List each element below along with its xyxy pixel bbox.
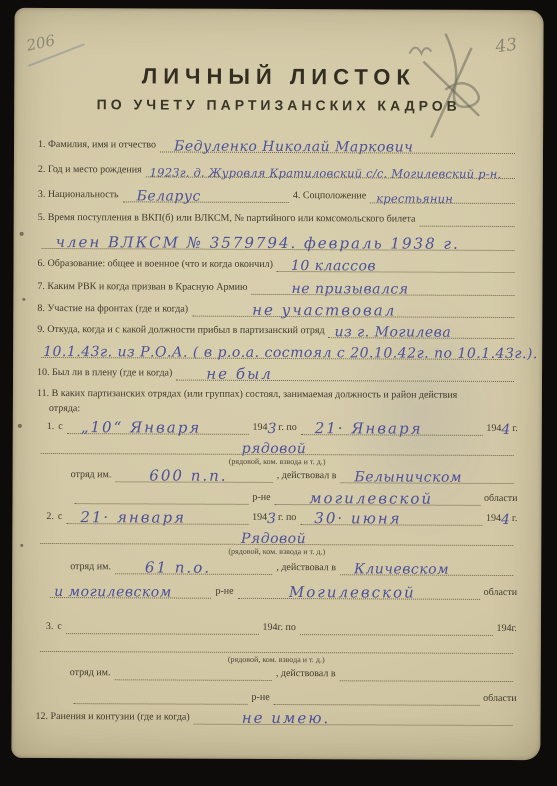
entry-line	[74, 688, 248, 705]
entry-label: г. по	[278, 511, 296, 525]
entry1-unit-row: отряд им. 600 п.п. , действовал в Белыни…	[71, 466, 518, 484]
field-line: 10 классов	[277, 256, 515, 273]
field-row-birth: 2. Год и место рождения 1923г. д. Журовл…	[38, 161, 519, 179]
field-row-arrival-value: 10.1.43г. из Р.О.А. ( в р.о.а. состоял с…	[37, 342, 518, 360]
handwritten-nationality: Беларус	[137, 188, 201, 204]
field-label: 10. Был ли в плену (где и когда)	[37, 366, 172, 381]
entry-line	[274, 689, 480, 706]
entry3-dates-row: 3. с 194 г. по 194 г.	[46, 616, 517, 636]
role-hint: (рядовой, ком. взвода и т. д.)	[12, 546, 541, 557]
entry-line: 21· января	[66, 508, 248, 525]
entry-label: области	[484, 586, 517, 600]
entry-line: рядовой	[41, 438, 514, 456]
handwritten-district-extra: и могилевском	[54, 584, 172, 601]
entry-line	[40, 636, 513, 654]
field-line: не участвовал	[192, 301, 514, 318]
field-label: 6. Образование: общее и военное (что и к…	[37, 257, 272, 272]
entry-label: г.	[511, 622, 517, 636]
entry-label: р-не	[252, 491, 270, 505]
handwritten-fronts: не участвовал	[252, 301, 396, 320]
entry-label: , действовал в	[277, 469, 337, 483]
field-line: член ВЛКСМ № 3579794. февраль 1938 г.	[42, 233, 515, 251]
entry-line: могилевской	[275, 489, 481, 506]
field-label: 3. Национальность	[38, 188, 119, 202]
form-title: ЛИЧНЫЙ ЛИСТОК	[14, 63, 543, 91]
field-row-party-value: член ВЛКСМ № 3579794. февраль 1938 г.	[38, 233, 519, 251]
entry-line: 30· июня	[300, 509, 482, 526]
field-line: не был	[176, 365, 514, 382]
handwritten-draft: не призывался	[291, 281, 408, 298]
paper-speck	[20, 544, 23, 547]
entry-line: Рядовой	[40, 528, 513, 546]
field-label: 4. Соцположение	[293, 189, 366, 203]
entry-label: области	[483, 692, 516, 706]
handwritten-date-to: 30· июня	[314, 509, 401, 527]
entry-label: отряд им.	[70, 666, 111, 680]
entry-line: 600 п.п.	[115, 466, 272, 483]
entry-line: 61 п.о.	[115, 558, 272, 575]
handwritten-unit: 600 п.п.	[149, 466, 227, 484]
entry-label: , действовал в	[276, 667, 336, 681]
entry-label: отряд им.	[71, 468, 112, 482]
handwritten-unit: 61 п.о.	[145, 558, 211, 576]
pencil-number-top-right: 43	[495, 35, 519, 58]
field-line	[419, 211, 514, 227]
field-label-units-heading: 11. В каких партизанских отрядах (или гр…	[37, 386, 518, 418]
handwritten-surname: Бедуленко Николай Маркович	[174, 139, 413, 156]
field-label: 2. Год и место рождения	[38, 163, 142, 177]
field-row-captivity: 10. Был ли в плену (где и когда) не был	[37, 364, 518, 382]
entry-label: с	[58, 510, 63, 524]
field-line: крестьянин	[370, 187, 515, 204]
field-label: 12. Ранения и контузии (где и когда)	[36, 710, 190, 725]
entry1-region-row: р-не могилевской области	[70, 488, 517, 506]
entry-line	[66, 618, 259, 635]
field-row-draft: 7. Каким РВК и когда призван в Красную А…	[37, 278, 518, 296]
field-label: 1. Фамилия, имя и отчество	[38, 138, 156, 153]
handwritten-region: Могилевской	[289, 583, 416, 602]
entry-label: 194	[496, 622, 511, 636]
entry-label: г. по	[278, 421, 296, 435]
field-line: 1923г. д. Журовля Кратиловский с/с. Моги…	[146, 161, 515, 179]
entry-line: „10“ Января	[67, 418, 249, 435]
handwritten-year-digit: 4	[501, 422, 510, 438]
handwritten-captivity: не был	[206, 365, 273, 383]
entry2-role-row: Рядовой	[36, 528, 517, 546]
handwritten-acted-district: Белыничском	[354, 469, 462, 485]
entry-line: и могилевском	[50, 582, 211, 599]
handwritten-arrival-detail: 10.1.43г. из Р.О.А. ( в р.о.а. состоял с…	[43, 344, 538, 362]
handwritten-region: могилевской	[309, 489, 433, 508]
form-paper: 206 43 ЛИЧНЫЙ ЛИСТОК ПО УЧЕТУ ПАРТИЗАНСК…	[11, 8, 543, 760]
entry-line	[300, 619, 493, 636]
field-label: 7. Каким РВК и когда призван в Красную А…	[37, 280, 247, 295]
handwritten-birth: 1923г. д. Журовля Кратиловский с/с. Моги…	[150, 165, 502, 181]
field-label: 5. Время поступления в ВКП(б) или ВЛКСМ,…	[38, 211, 416, 227]
handwritten-role: рядовой	[242, 441, 307, 457]
field-row-fronts: 8. Участие на фронтах (где и когда) не у…	[37, 300, 518, 318]
handwritten-year-digit: 3	[267, 511, 276, 527]
paper-speck	[22, 298, 25, 301]
handwritten-date-to: 21· Января	[315, 419, 423, 437]
field-row-surname: 1. Фамилия, имя и отчество Бедуленко Ник…	[38, 136, 519, 154]
entry-label: г.	[512, 422, 518, 436]
entry-label: , действовал в	[276, 561, 336, 575]
entry-line: Кличевском	[340, 559, 513, 576]
entry-number: 1.	[47, 420, 55, 434]
scanned-document: 206 43 ЛИЧНЫЙ ЛИСТОК ПО УЧЕТУ ПАРТИЗАНСК…	[0, 0, 557, 786]
handwritten-date-from: „10“ Января	[81, 418, 202, 437]
entry-label: 194	[252, 421, 267, 435]
entry1-role-row: рядовой	[37, 438, 518, 456]
handwritten-year-digit: 3	[267, 421, 276, 437]
field-row-education: 6. Образование: общее и военное (что и к…	[37, 255, 518, 273]
field-line: Бедуленко Николай Маркович	[160, 136, 515, 154]
handwritten-arrival-from: из г. Могилева	[335, 324, 452, 341]
entry-label: р-не	[252, 691, 270, 705]
entry-line	[74, 488, 248, 505]
field-row-party-label: 5. Время поступления в ВКП(б) или ВЛКСМ,…	[38, 209, 519, 227]
entry-line: Белыничском	[340, 467, 513, 484]
entry-number: 3.	[46, 620, 54, 634]
entry-line	[114, 664, 271, 681]
handwritten-year-digit: 4	[501, 512, 510, 528]
handwritten-wounds: не имею.	[242, 709, 331, 727]
field-label: 8. Участие на фронтах (где и когда)	[37, 302, 188, 317]
entry-label: 194	[486, 512, 501, 526]
handwritten-date-from: 21· января	[80, 508, 186, 526]
handwritten-social-position: крестьянин	[376, 191, 453, 205]
entry2-region-row: и могилевском р-не Могилевской области	[46, 582, 517, 600]
entry3-region-row: р-не области	[70, 688, 517, 706]
field-label: 9. Откуда, когда и с какой должности при…	[37, 323, 324, 338]
field-line: 10.1.43г. из Р.О.А. ( в р.о.а. состоял с…	[41, 342, 514, 360]
entry-label: отряд им.	[70, 560, 111, 574]
handwritten-education: 10 классов	[291, 258, 376, 274]
entry3-unit-row: отряд им. , действовал в	[70, 664, 517, 682]
entry2-dates-row: 2. с 21· января 194 3 г. по 30· июня 194…	[46, 506, 517, 526]
entry-label: 194	[252, 511, 267, 525]
entry-label: с	[58, 420, 63, 434]
form-subtitle: ПО УЧЕТУ ПАРТИЗАНСКИХ КАДРОВ	[14, 96, 543, 114]
entry-line	[340, 665, 513, 682]
field-row-wounds: 12. Ранения и контузии (где и когда) не …	[36, 708, 517, 726]
field-line: не имею.	[194, 709, 513, 726]
entry-label: г.	[512, 512, 518, 526]
entry-label: 194	[262, 621, 277, 635]
entry-line: Могилевской	[238, 583, 480, 600]
entry-number: 2.	[46, 510, 54, 524]
field-line: Беларус	[123, 186, 289, 203]
entry-label: 194	[486, 422, 501, 436]
entry-label: с	[57, 620, 62, 634]
field-row-nationality: 3. Национальность Беларус 4. Соцположени…	[38, 186, 519, 204]
field-line: из г. Могилева	[329, 322, 515, 339]
entry1-dates-row: 1. с „10“ Января 194 3 г. по 21· Января …	[47, 416, 518, 436]
entry-label: р-не	[215, 585, 233, 599]
field-line: не призывался	[251, 279, 514, 296]
paper-speck	[18, 424, 22, 428]
handwritten-party-membership: член ВЛКСМ № 3579794. февраль 1938 г.	[56, 233, 460, 253]
field-label: 11. В каких партизанских отрядах (или гр…	[37, 386, 518, 403]
entry-label: г. по	[277, 621, 295, 635]
handwritten-role: Рядовой	[241, 531, 306, 547]
entry2-unit-row: отряд им. 61 п.о. , действовал в Кличевс…	[70, 558, 517, 576]
pencil-number-top-left: 206	[25, 31, 57, 54]
handwritten-acted-district: Кличевском	[354, 561, 449, 577]
entry-label: области	[484, 492, 517, 506]
entry3-role-row	[36, 636, 517, 654]
field-row-arrival-label: 9. Откуда, когда и с какой должности при…	[37, 321, 518, 339]
entry-line: 21· Января	[301, 419, 483, 436]
paper-speck	[20, 232, 24, 236]
